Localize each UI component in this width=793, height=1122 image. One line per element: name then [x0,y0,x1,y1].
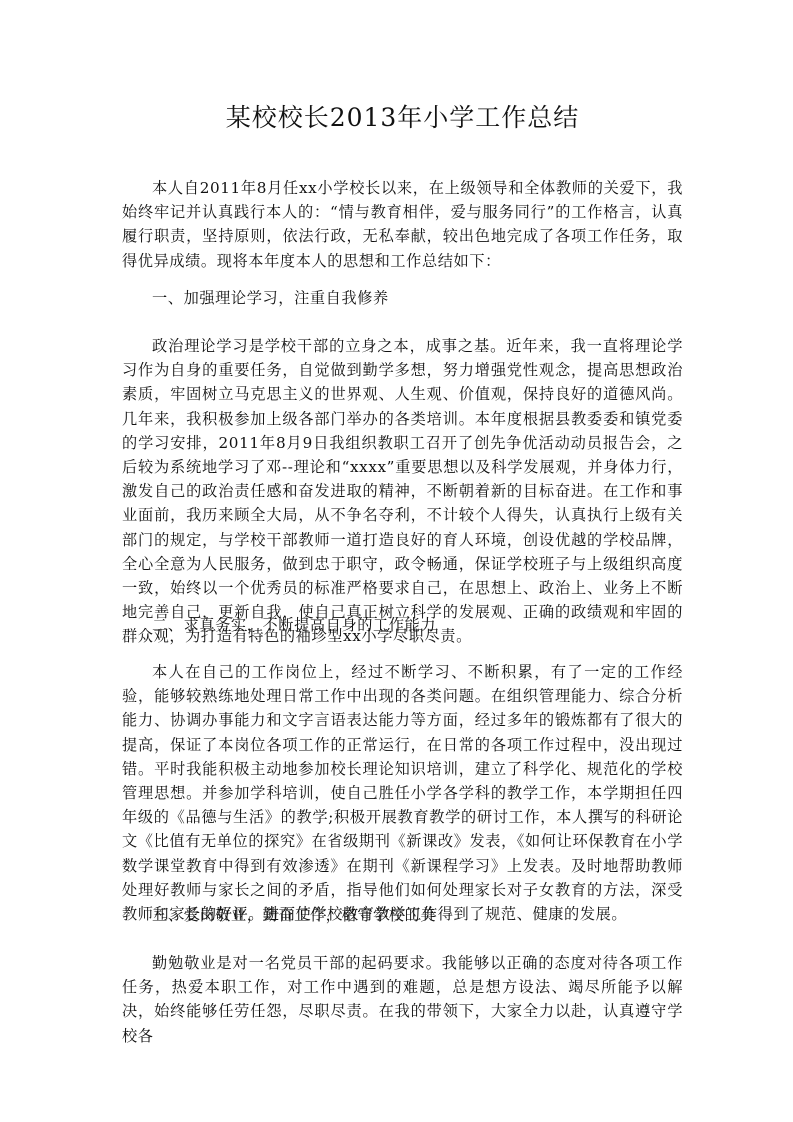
section-2-body: 本人在自己的工作岗位上，经过不断学习、不断积累，有了一定的工作经验，能够较熟练地… [122,660,683,926]
section-3-heading: 三、爱岗敬业，勤奋工作，格守学校的美 [122,903,683,927]
intro-paragraph: 本人自2011年8月任xx小学校长以来，在上级领导和全体教师的关爱下，我始终牢记… [122,176,683,273]
document-title: 某校校长2013年小学工作总结 [122,100,683,136]
section-1-body: 政治理论学习是学校干部的立身之本，成事之基。近年来，我一直将理论学习作为自身的重… [122,334,683,649]
section-2-heading: 二、求真务实，不断提高自身的工作能力 [122,613,683,637]
section-3-body: 勤勉敬业是对一名党员干部的起码要求。我能够以正确的态度对待各项工作任务，热爱本职… [122,951,683,1048]
section-1-heading: 一、加强理论学习，注重自我修养 [122,286,683,310]
